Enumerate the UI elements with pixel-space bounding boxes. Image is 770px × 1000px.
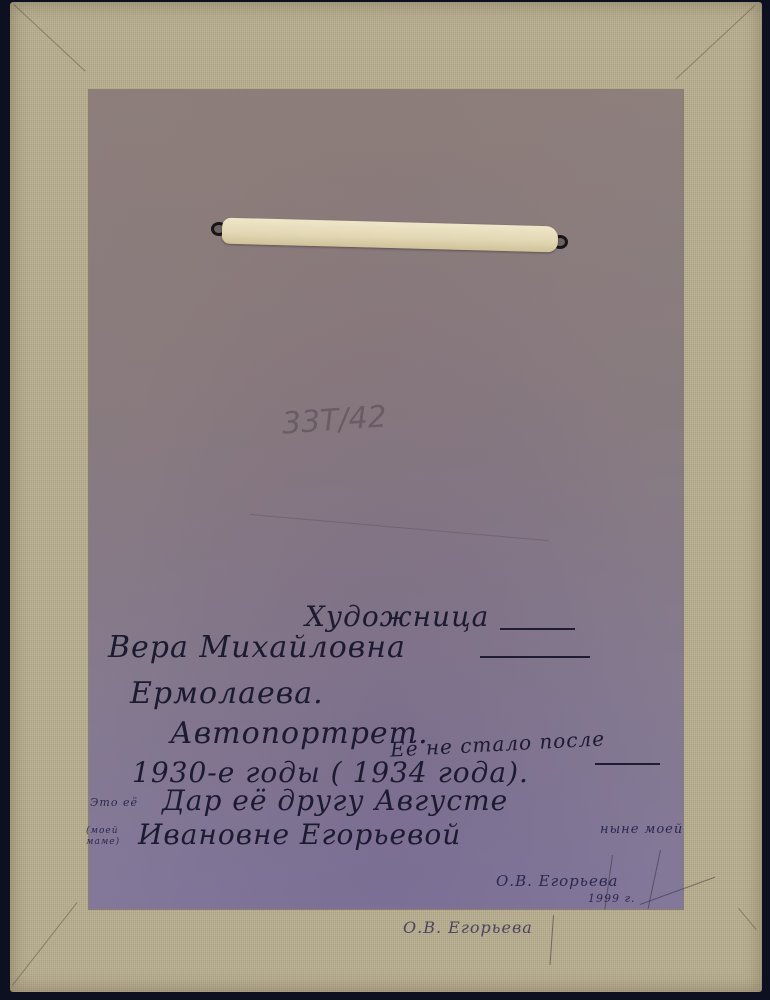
inventory-number: 33Т/42: [281, 399, 388, 441]
signature-year: 1999 г.: [588, 892, 636, 905]
underline-1: [500, 628, 575, 630]
margin-note-eto: Это её: [90, 796, 138, 809]
underline-posle: [595, 763, 660, 765]
inscription-line-recipient: Ивановне Егорьевой: [138, 818, 461, 851]
frame-signature: О.В. Егорьева: [403, 918, 533, 937]
signature: О.В. Егорьева: [496, 872, 619, 890]
inscription-suffix: ныне моей: [600, 822, 683, 837]
margin-note-mother: (моей маме): [86, 826, 141, 848]
inscription-line-name: Вера Михайловна: [108, 630, 406, 665]
inscription-line-gift: Дар её другу Августе: [162, 784, 508, 817]
inscription-line-artist: Художница: [305, 600, 489, 633]
inscription-line-surname: Ермолаева.: [130, 676, 324, 711]
underline-2: [480, 656, 590, 658]
